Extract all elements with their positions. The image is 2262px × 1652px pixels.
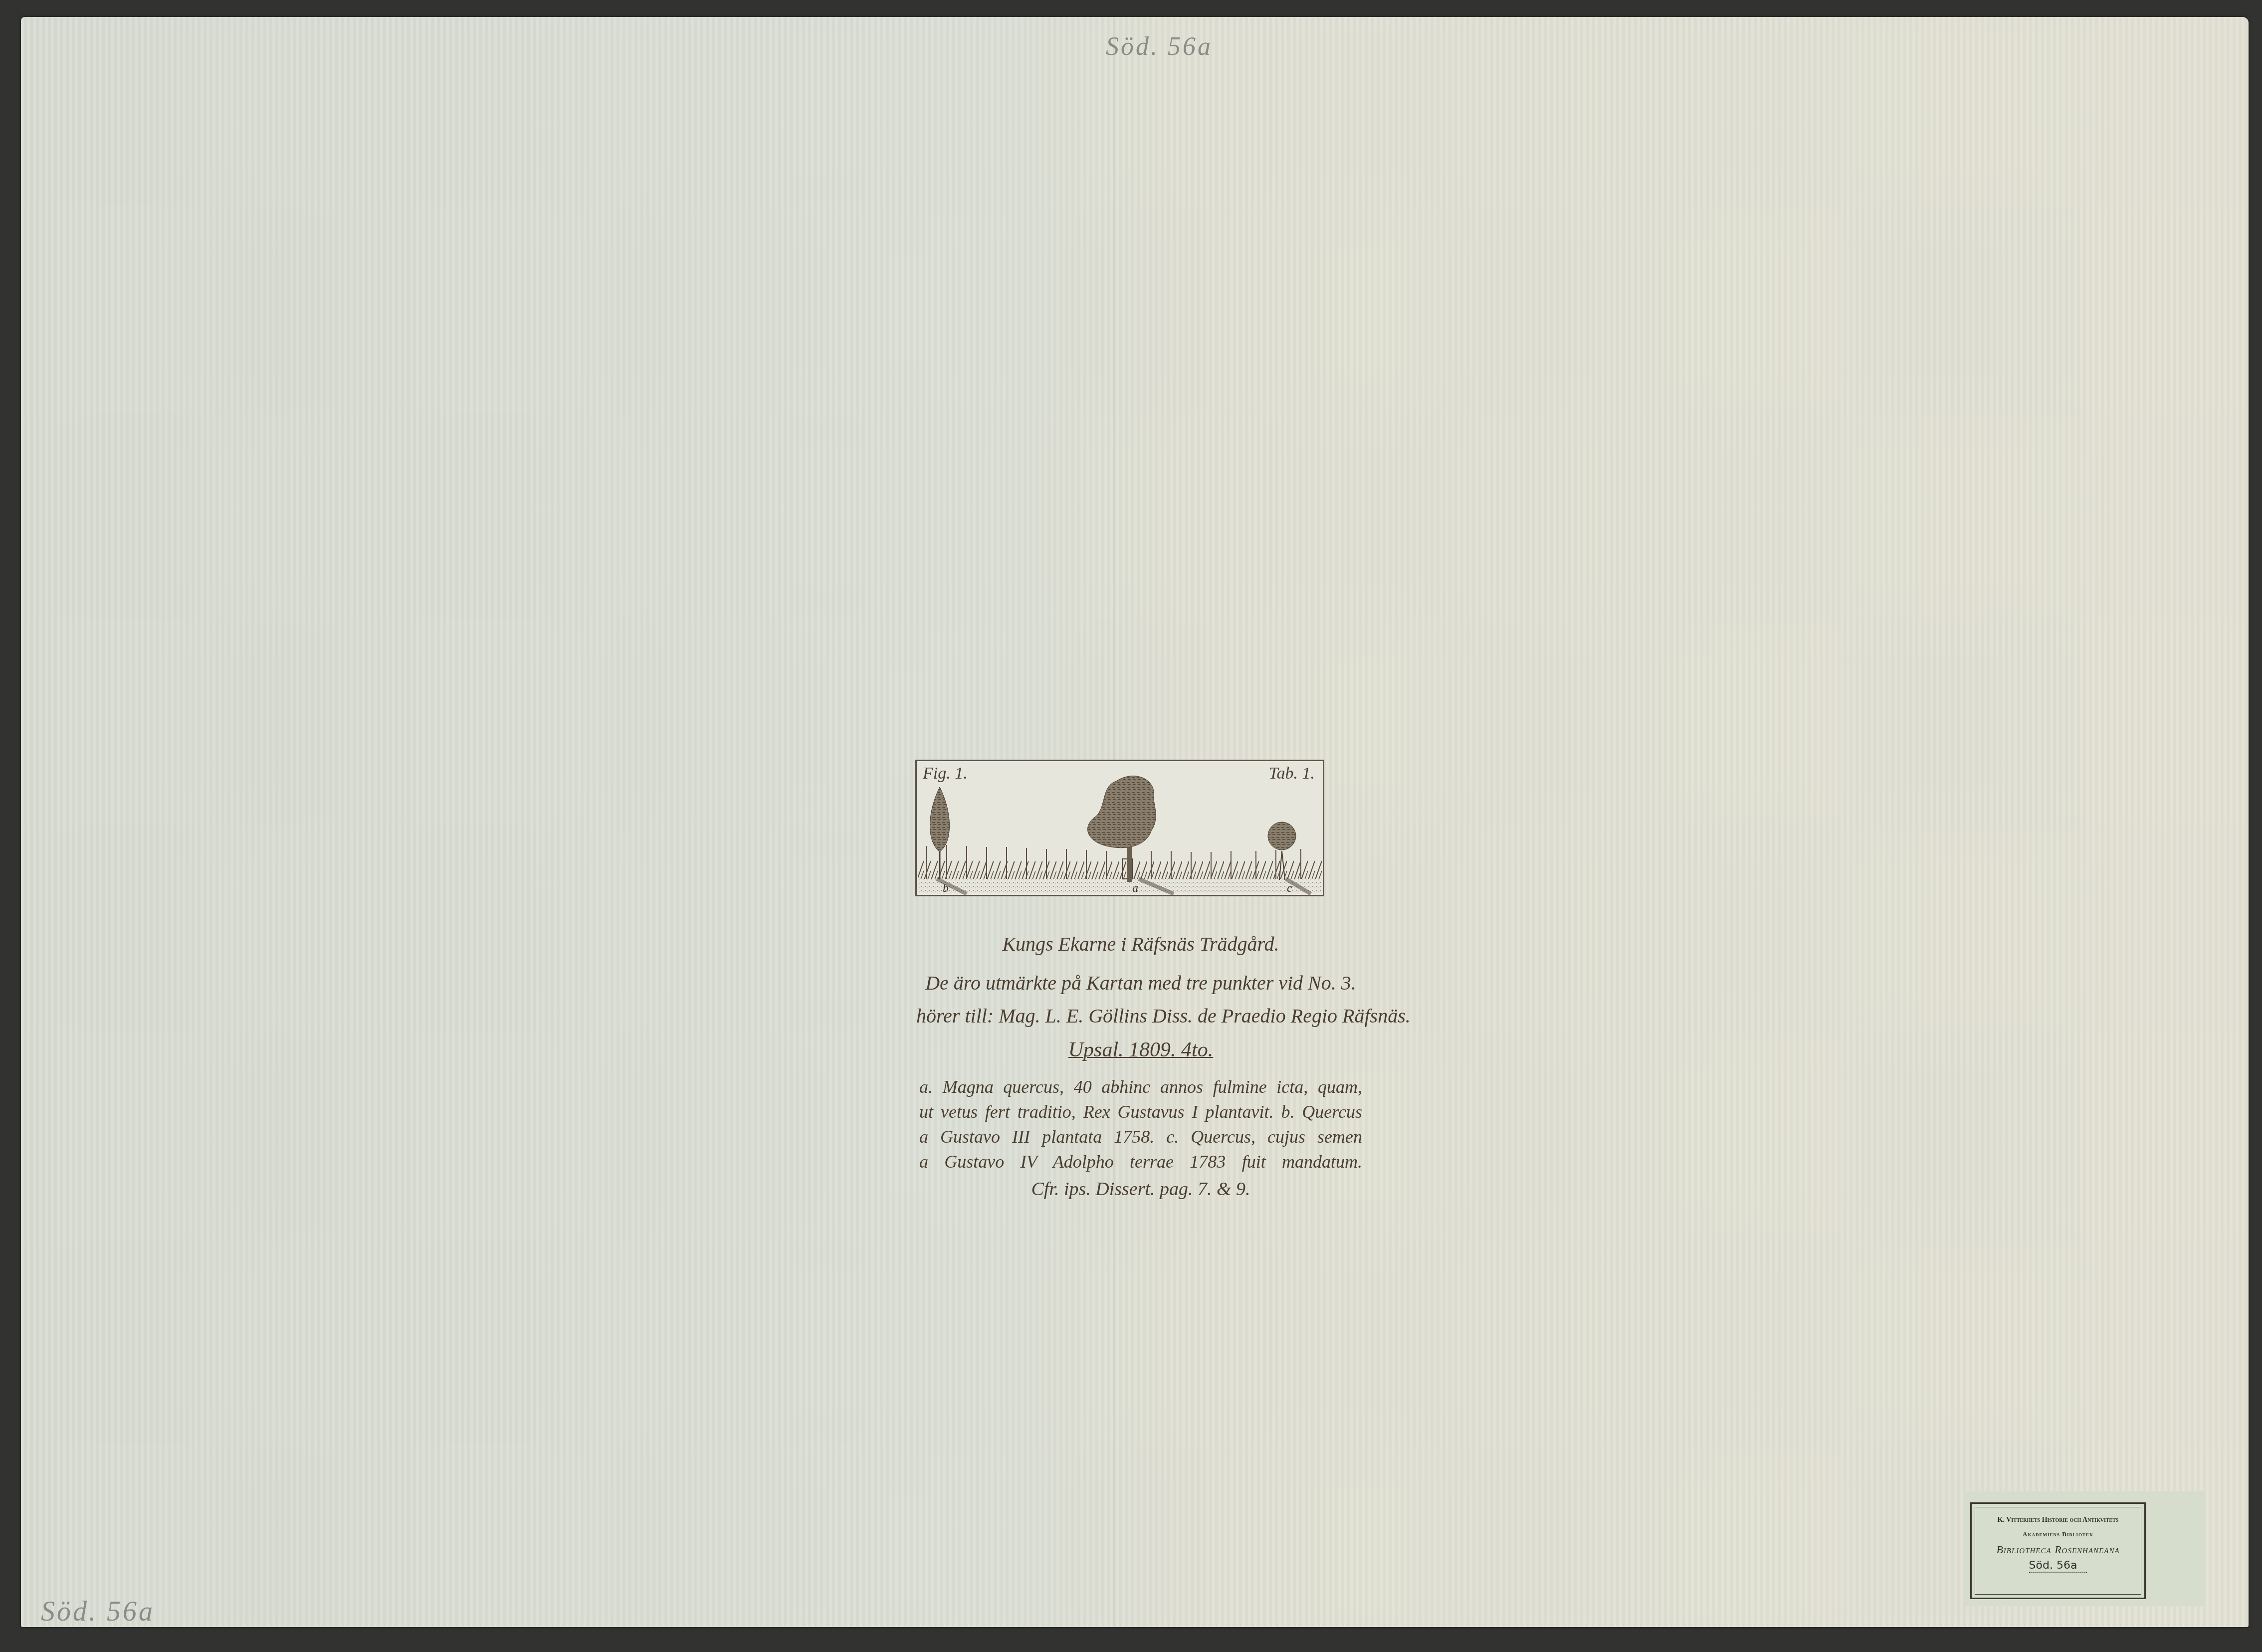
caption-title: Kungs Ekarne i Räfsnäs Trädgård.	[916, 932, 1365, 956]
manuscript-caption: Kungs Ekarne i Räfsnäs Trädgård. De äro …	[916, 932, 1365, 1204]
library-label: K. Vitterhets Historie och Antikvitets A…	[1964, 1491, 2205, 1606]
library-label-frame: K. Vitterhets Historie och Antikvitets A…	[1970, 1502, 2146, 1599]
tree-scene-illustration: b a c	[917, 761, 1323, 895]
tree-label-c: c	[1287, 882, 1292, 895]
library-label-shelfmark: Söd. 56a	[2029, 1559, 2087, 1573]
caption-latin-line-1: a. Magna quercus, 40 abhinc annos fulmin…	[916, 1074, 1365, 1099]
caption-latin-line-2: ut vetus fert traditio, Rex Gustavus I p…	[916, 1099, 1365, 1124]
document-sheet: Söd. 56a Söd. 56a	[21, 17, 2249, 1627]
caption-swedish-line-1: De äro utmärkte på Kartan med tre punkte…	[916, 967, 1365, 1000]
engraved-plate: b a c Fig. 1. Tab. 1.	[915, 760, 1324, 896]
caption-imprint: Upsal. 1809. 4to.	[916, 1032, 1365, 1067]
library-label-line-1: K. Vitterhets Historie och Antikvitets	[1975, 1516, 2141, 1524]
library-label-collection: Bibliotheca Rosenhaneana	[1975, 1543, 2141, 1556]
tree-label-a: a	[1132, 882, 1138, 895]
caption-latin-block: a. Magna quercus, 40 abhinc annos fulmin…	[916, 1074, 1365, 1174]
tree-label-b: b	[943, 882, 949, 895]
table-label: Tab. 1.	[1269, 764, 1315, 783]
library-label-inner: K. Vitterhets Historie och Antikvitets A…	[1975, 1507, 2141, 1595]
caption-latin-line-3: a Gustavo III plantata 1758. c. Quercus,…	[916, 1124, 1365, 1149]
caption-latin-line-4: a Gustavo IV Adolpho terrae 1783 fuit ma…	[916, 1149, 1365, 1174]
caption-reference: Cfr. ips. Dissert. pag. 7. & 9.	[916, 1174, 1365, 1204]
library-label-line-2: Akademiens Bibliotek	[1975, 1530, 2141, 1538]
pencil-shelfmark-bottom: Söd. 56a	[41, 1596, 155, 1628]
pencil-shelfmark-top: Söd. 56a	[1106, 32, 1213, 61]
figure-label: Fig. 1.	[923, 764, 968, 783]
caption-swedish-line-2: hörer till: Mag. L. E. Göllins Diss. de …	[916, 1000, 1365, 1032]
